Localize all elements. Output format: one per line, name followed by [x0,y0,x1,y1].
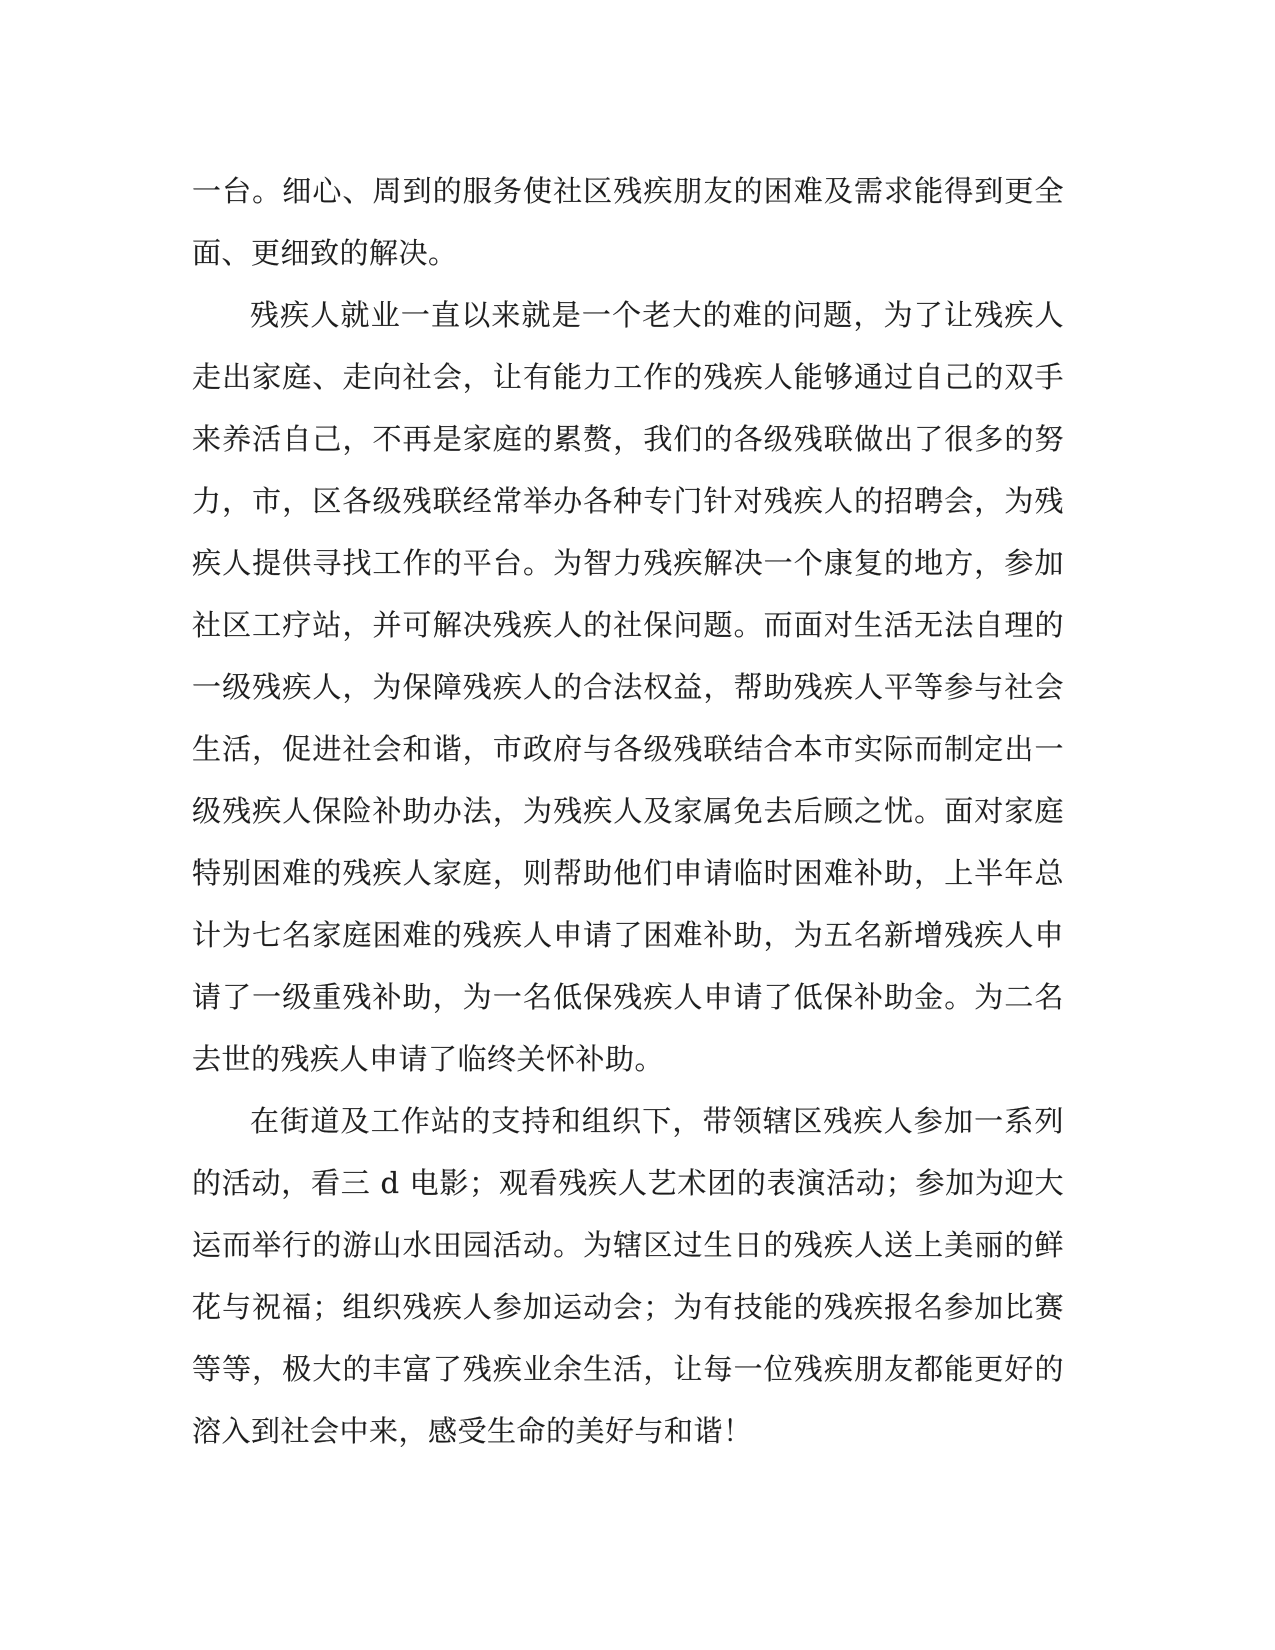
paragraph-2: 残疾人就业一直以来就是一个老大的难的问题，为了让残疾人走出家庭、走向社会，让有能… [192,284,1064,1090]
paragraph-3: 在街道及工作站的支持和组织下，带领辖区残疾人参加一系列的活动，看三 d 电影；观… [192,1090,1064,1462]
paragraph-1: 一台。细心、周到的服务使社区残疾朋友的困难及需求能得到更全面、更细致的解决。 [192,160,1064,284]
document-page: 一台。细心、周到的服务使社区残疾朋友的困难及需求能得到更全面、更细致的解决。 残… [0,0,1275,1650]
document-text-block: 一台。细心、周到的服务使社区残疾朋友的困难及需求能得到更全面、更细致的解决。 残… [192,160,1064,1462]
